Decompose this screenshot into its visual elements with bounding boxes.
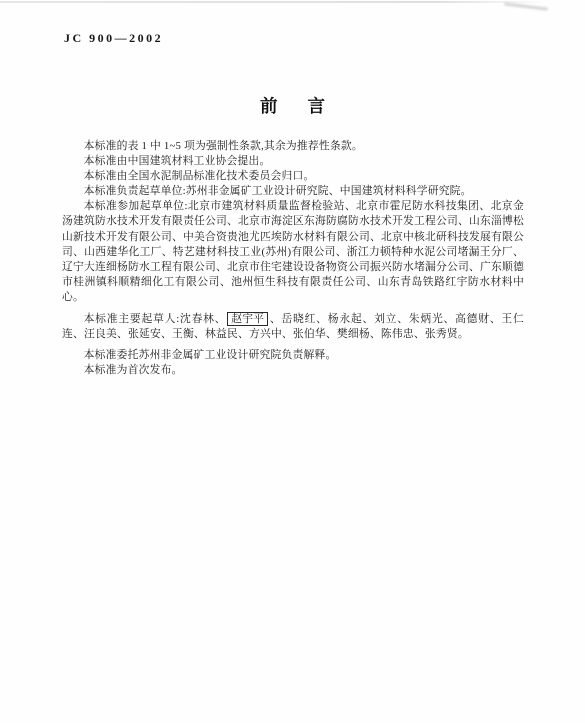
paragraph-main-drafters: 本标准主要起草人:沈春林、赵宇平、岳晓红、杨永起、刘立、朱炳光、高德财、王仁连、…: [62, 312, 524, 342]
paragraph-first-issue: 本标准为首次发布。: [62, 363, 524, 378]
paragraph-chief-drafting-units: 本标准负责起草单位:苏州非金属矿工业设计研究院、中国建筑材料科学研究院。: [62, 184, 524, 199]
paragraph-interpretation-entrusted: 本标准委托苏州非金属矿工业设计研究院负责解释。: [62, 348, 524, 363]
paragraph-under-jurisdiction: 本标准由全国水泥制品标准化技术委员会归口。: [62, 169, 524, 184]
drafters-prefix: 本标准主要起草人:沈春林、: [84, 313, 227, 325]
standard-foreword-page: JC 900—2002 前 言 本标准的表 1 中 1~5 项为强制性条款,其余…: [0, 0, 585, 723]
scan-corner-artifact: [504, 2, 548, 10]
foreword-body: 本标准的表 1 中 1~5 项为强制性条款,其余为推荐性条款。 本标准由中国建筑…: [62, 139, 524, 378]
page-title: 前 言: [0, 93, 585, 118]
deceased-drafter-boxed-name: 赵宇平: [227, 312, 268, 326]
paragraph-participating-units: 本标准参加起草单位:北京市建筑材料质量监督检验站、北京市霍尼防水科技集团、北京金…: [62, 199, 524, 305]
title-char-qian: 前: [260, 93, 278, 118]
scan-edge-artifact: [0, 1, 548, 3]
paragraph-mandatory-clauses: 本标准的表 1 中 1~5 项为强制性条款,其余为推荐性条款。: [62, 139, 524, 154]
standard-number-header: JC 900—2002: [64, 31, 163, 46]
title-char-yan: 言: [308, 93, 326, 118]
paragraph-proposed-by: 本标准由中国建筑材料工业协会提出。: [62, 154, 524, 169]
